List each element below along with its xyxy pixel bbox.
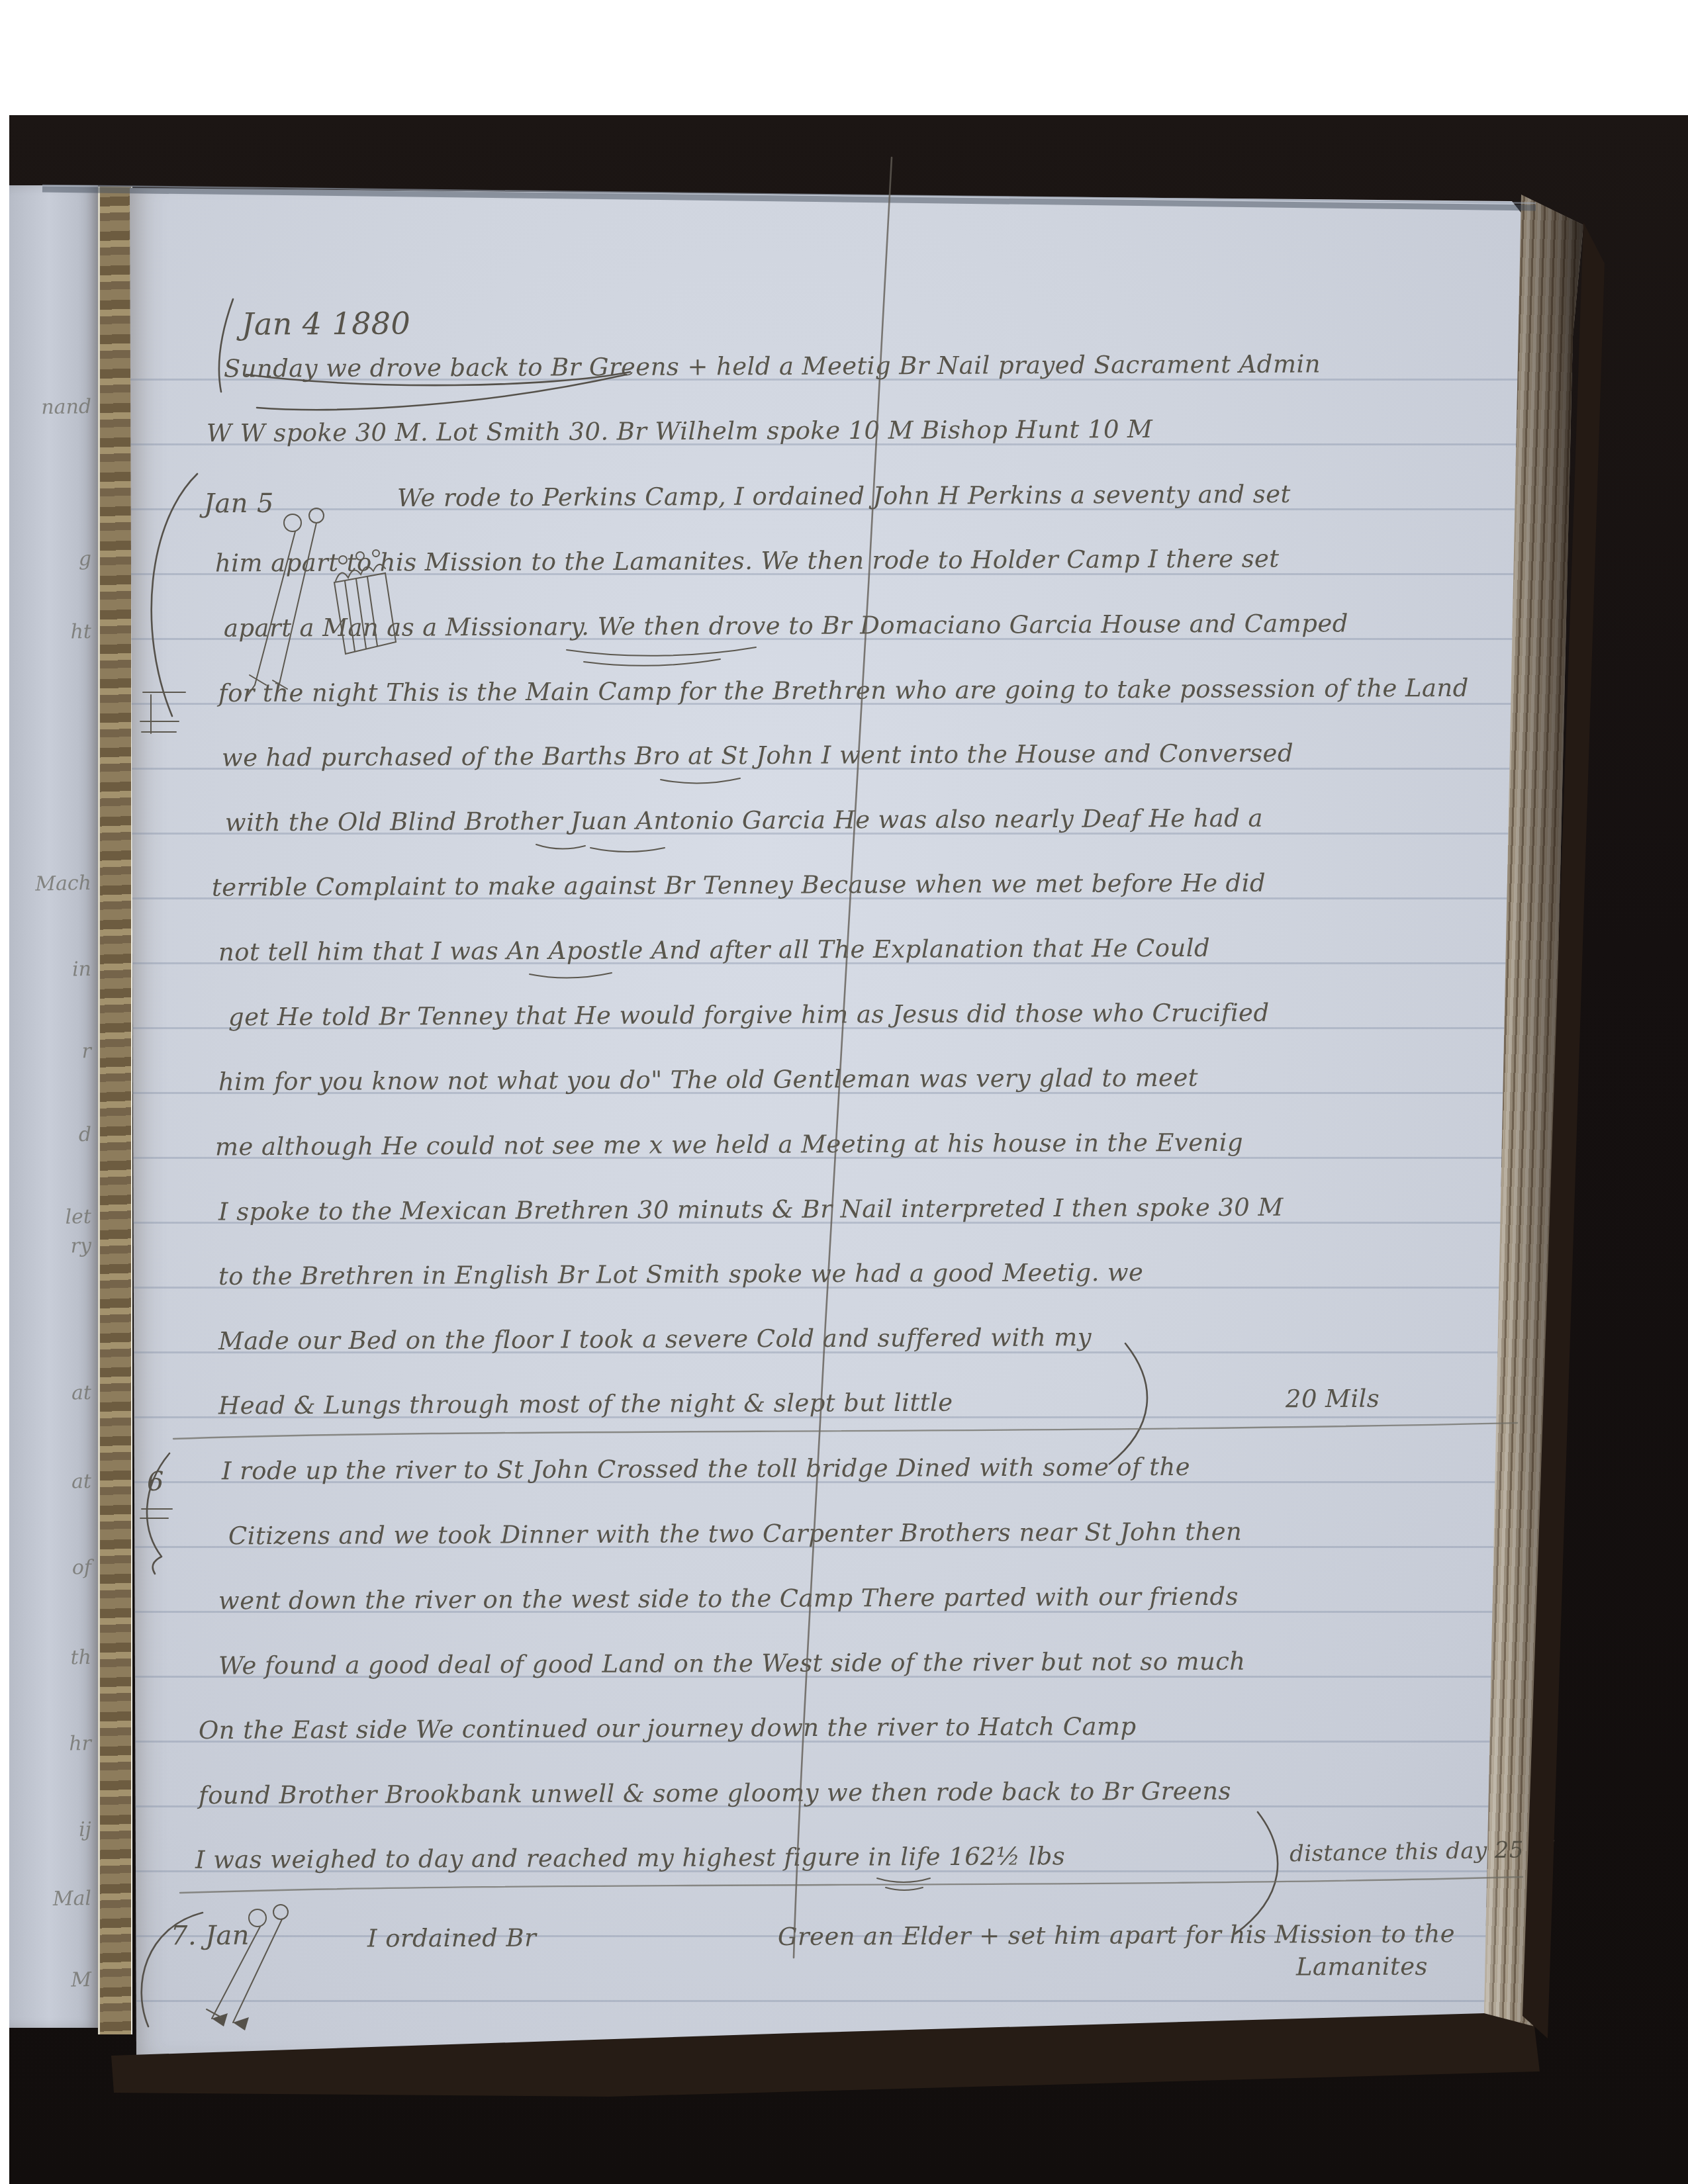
journal-line: went down the river on the west side to … (218, 1582, 1239, 1615)
journal-line: We rode to Perkins Camp, I ordained John… (397, 480, 1291, 512)
journal-line: I was weighed to day and reached my high… (195, 1842, 1065, 1874)
journal-line: I spoke to the Mexican Brethren 30 minut… (218, 1193, 1284, 1226)
journal-line: Citizens and we took Dinner with the two… (228, 1518, 1242, 1551)
journal-line: me although He could not see me x we hel… (215, 1128, 1243, 1161)
page-fragment: Mach (13, 872, 92, 896)
journal-line: Head & Lungs through most of the night &… (218, 1388, 953, 1420)
page-fragment: g (13, 547, 92, 572)
page-fragment: ij (13, 1818, 92, 1843)
entry-date-jan5: Jan 5 (204, 488, 274, 519)
journal-line: found Brother Brookbank unwell & some gl… (199, 1777, 1231, 1810)
page-fragment: M (13, 1968, 92, 1993)
journal-line: We found a good deal of good Land on the… (218, 1647, 1246, 1680)
journal-line: with the Old Blind Brother Juan Antonio … (225, 804, 1263, 837)
journal-scan: { "colors": { "scan_mat": "#151010", "pa… (0, 0, 1688, 2184)
mileage-note-jan5: 20 Mils (1286, 1385, 1380, 1414)
page-fragment: let (13, 1205, 92, 1230)
journal-line: Lamanites (1296, 1952, 1428, 1981)
page-fragment: in (13, 958, 92, 982)
journal-line: for the night This is the Main Camp for … (218, 674, 1469, 707)
page-fragment: at (13, 1470, 92, 1494)
page-fragment: ry (13, 1234, 92, 1259)
journal-line: W W spoke 30 M. Lot Smith 30. Br Wilhelm… (207, 415, 1153, 447)
journal-line: not tell him that I was An Apostle And a… (218, 934, 1210, 967)
journal-line: Made our Bed on the floor I took a sever… (218, 1323, 1092, 1355)
page-fragment: ht (13, 620, 92, 645)
entry-date-heading: Jan 4 1880 (242, 305, 410, 341)
journal-line: Sunday we drove back to Br Greens + held… (224, 349, 1321, 383)
page-fragment: nand (13, 395, 92, 420)
journal-line: I rode up the river to St John Crossed t… (222, 1453, 1190, 1485)
page-fragment: of (13, 1556, 92, 1580)
journal-line: I ordained Br Green an Elder + set him a… (367, 1919, 1455, 1952)
journal-line: him apart to his Mission to the Lamanite… (215, 544, 1280, 577)
page-fragment: th (13, 1646, 92, 1670)
mileage-note-jan6: distance this day 25 M (1289, 1837, 1555, 1868)
page-fragment: at (13, 1381, 92, 1406)
entry-date-jan7: 7. Jan (171, 1921, 250, 1952)
journal-line: On the East side We continued our journe… (199, 1712, 1137, 1745)
journal-line: to the Brethren in English Br Lot Smith … (218, 1258, 1143, 1291)
journal-line: him for you know not what you do" The ol… (218, 1064, 1198, 1096)
page-fragment: Mal (13, 1887, 92, 1911)
journal-line: apart a Man as a Missionary. We then dro… (224, 609, 1348, 642)
journal-line: terrible Complaint to make against Br Te… (212, 869, 1266, 902)
entry-date-jan6: 6 (147, 1467, 164, 1497)
journal-line: get He told Br Tenney that He would forg… (228, 999, 1270, 1032)
binding-gutter (98, 187, 132, 2034)
journal-line: we had purchased of the Barths Bro at St… (222, 739, 1293, 772)
page-fragment: r (13, 1040, 92, 1064)
page-fragment: hr (13, 1732, 92, 1756)
page-fragment: d (13, 1123, 92, 1148)
